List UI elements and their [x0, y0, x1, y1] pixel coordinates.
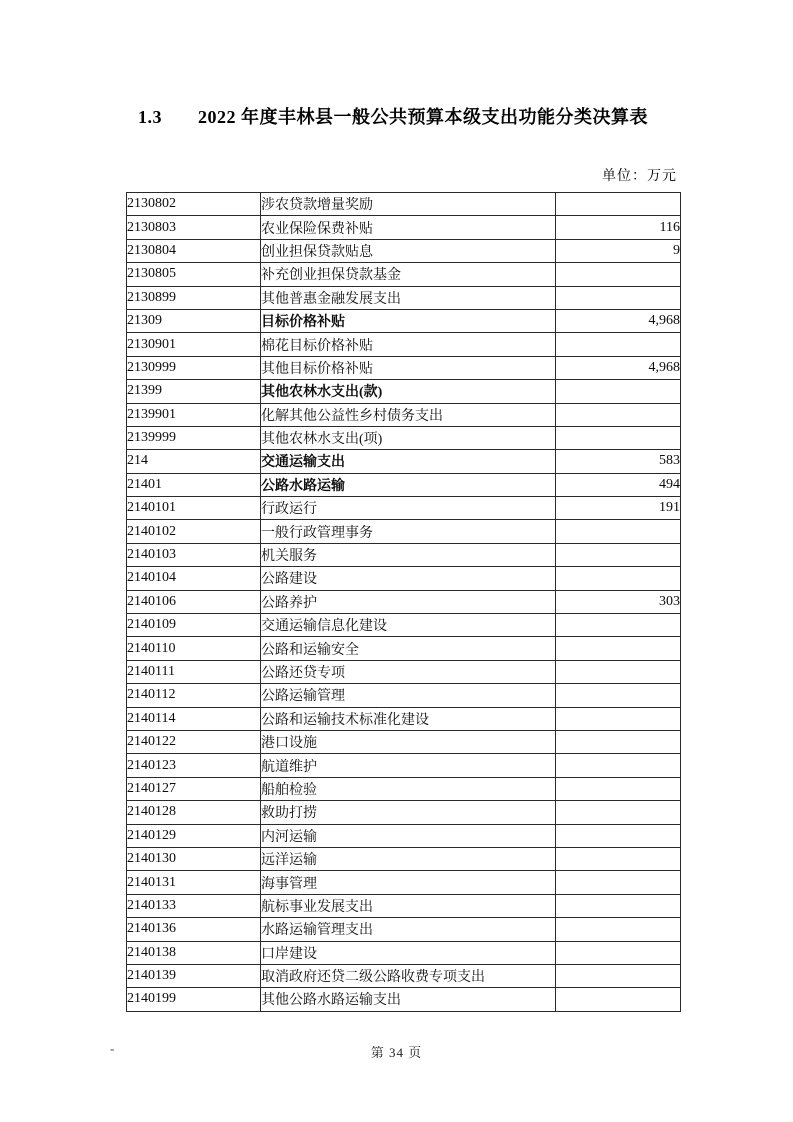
amount-cell [556, 707, 681, 730]
table-row: 2140104 公路建设 [127, 567, 681, 590]
amount-cell: 4,968 [556, 309, 681, 332]
function-name-cell: 创业担保贷款贴息 [261, 239, 556, 262]
function-code-cell: 2140131 [127, 871, 261, 894]
table-row: 2140139 取消政府还贷二级公路收费专项支出 [127, 964, 681, 987]
table-row: 214 交通运输支出 583 [127, 450, 681, 473]
function-name-cell: 航标事业发展支出 [261, 894, 556, 917]
table-row: 2130802 涉农贷款增量奖励 [127, 193, 681, 216]
title-text: 2022 年度丰林县一般公共预算本级支出功能分类决算表 [198, 107, 648, 127]
unit-label: 单位：万元 [602, 165, 677, 185]
function-code-cell: 2140139 [127, 964, 261, 987]
function-code-cell: 2140111 [127, 660, 261, 683]
table-row: 2140127 船舶检验 [127, 777, 681, 800]
table-row: 21399 其他农林水支出(款) [127, 380, 681, 403]
amount-cell [556, 730, 681, 753]
function-name-cell: 公路和运输安全 [261, 637, 556, 660]
amount-cell [556, 403, 681, 426]
amount-cell [556, 684, 681, 707]
function-code-cell: 2140138 [127, 941, 261, 964]
table-row: 2140122 港口设施 [127, 730, 681, 753]
amount-cell: 494 [556, 473, 681, 496]
table-row: 2140133 航标事业发展支出 [127, 894, 681, 917]
function-code-cell: 2130999 [127, 356, 261, 379]
amount-cell [556, 567, 681, 590]
amount-cell [556, 637, 681, 660]
function-code-cell: 2140136 [127, 918, 261, 941]
function-name-cell: 其他公路水路运输支出 [261, 988, 556, 1011]
table-row: 2140114 公路和运输技术标准化建设 [127, 707, 681, 730]
function-name-cell: 口岸建设 [261, 941, 556, 964]
amount-cell [556, 777, 681, 800]
function-code-cell: 2140104 [127, 567, 261, 590]
amount-cell [556, 193, 681, 216]
amount-cell: 583 [556, 450, 681, 473]
function-name-cell: 公路水路运输 [261, 473, 556, 496]
amount-cell [556, 894, 681, 917]
function-name-cell: 机关服务 [261, 543, 556, 566]
table-row: 2140130 远洋运输 [127, 847, 681, 870]
function-name-cell: 其他农林水支出(项) [261, 426, 556, 449]
function-name-cell: 水路运输管理支出 [261, 918, 556, 941]
function-name-cell: 公路建设 [261, 567, 556, 590]
table-row: 2130999 其他目标价格补贴 4,968 [127, 356, 681, 379]
function-name-cell: 取消政府还贷二级公路收费专项支出 [261, 964, 556, 987]
function-code-cell: 2140102 [127, 520, 261, 543]
function-name-cell: 救助打捞 [261, 801, 556, 824]
function-name-cell: 目标价格补贴 [261, 309, 556, 332]
function-name-cell: 其他农林水支出(款) [261, 380, 556, 403]
budget-table-body: 2130802 涉农贷款增量奖励 2130803 农业保险保费补贴 116 21… [127, 193, 681, 1012]
amount-cell: 4,968 [556, 356, 681, 379]
table-row: 2140136 水路运输管理支出 [127, 918, 681, 941]
page-title: 1.32022 年度丰林县一般公共预算本级支出功能分类决算表 [138, 103, 648, 129]
function-code-cell: 2130802 [127, 193, 261, 216]
function-name-cell: 港口设施 [261, 730, 556, 753]
table-row: 2130901 棉花目标价格补贴 [127, 333, 681, 356]
table-row: 2140138 口岸建设 [127, 941, 681, 964]
table-row: 2140111 公路还贷专项 [127, 660, 681, 683]
amount-cell [556, 964, 681, 987]
table-row: 2140103 机关服务 [127, 543, 681, 566]
table-row: 2140112 公路运输管理 [127, 684, 681, 707]
function-code-cell: 2140129 [127, 824, 261, 847]
function-name-cell: 内河运输 [261, 824, 556, 847]
function-code-cell: 2130805 [127, 263, 261, 286]
amount-cell: 9 [556, 239, 681, 262]
function-code-cell: 2140128 [127, 801, 261, 824]
amount-cell: 191 [556, 497, 681, 520]
function-code-cell: 2140133 [127, 894, 261, 917]
function-code-cell: 2130899 [127, 286, 261, 309]
function-code-cell: 21399 [127, 380, 261, 403]
function-name-cell: 涉农贷款增量奖励 [261, 193, 556, 216]
function-code-cell: 21309 [127, 309, 261, 332]
table-row: 2140102 一般行政管理事务 [127, 520, 681, 543]
table-row: 2140109 交通运输信息化建设 [127, 614, 681, 637]
table-row: 2130899 其他普惠金融发展支出 [127, 286, 681, 309]
amount-cell [556, 286, 681, 309]
amount-cell [556, 380, 681, 403]
table-row: 2140128 救助打捞 [127, 801, 681, 824]
amount-cell [556, 918, 681, 941]
amount-cell [556, 824, 681, 847]
amount-cell [556, 988, 681, 1011]
function-name-cell: 其他目标价格补贴 [261, 356, 556, 379]
function-name-cell: 其他普惠金融发展支出 [261, 286, 556, 309]
table-row: 2139901 化解其他公益性乡村债务支出 [127, 403, 681, 426]
table-row: 2140123 航道维护 [127, 754, 681, 777]
function-name-cell: 公路养护 [261, 590, 556, 613]
function-code-cell: 2140112 [127, 684, 261, 707]
table-row: 2140106 公路养护 303 [127, 590, 681, 613]
function-name-cell: 行政运行 [261, 497, 556, 520]
budget-table: 2130802 涉农贷款增量奖励 2130803 农业保险保费补贴 116 21… [126, 192, 681, 1012]
table-row: 2139999 其他农林水支出(项) [127, 426, 681, 449]
function-code-cell: 2140199 [127, 988, 261, 1011]
function-code-cell: 214 [127, 450, 261, 473]
amount-cell [556, 263, 681, 286]
table-row: 21309 目标价格补贴 4,968 [127, 309, 681, 332]
function-code-cell: 2140106 [127, 590, 261, 613]
amount-cell [556, 543, 681, 566]
table-row: 2130805 补充创业担保贷款基金 [127, 263, 681, 286]
amount-cell [556, 847, 681, 870]
function-code-cell: 2130804 [127, 239, 261, 262]
function-name-cell: 公路运输管理 [261, 684, 556, 707]
amount-cell: 303 [556, 590, 681, 613]
function-name-cell: 一般行政管理事务 [261, 520, 556, 543]
function-name-cell: 航道维护 [261, 754, 556, 777]
function-name-cell: 远洋运输 [261, 847, 556, 870]
table-row: 2130803 农业保险保费补贴 116 [127, 216, 681, 239]
table-row: 2140110 公路和运输安全 [127, 637, 681, 660]
function-name-cell: 交通运输支出 [261, 450, 556, 473]
function-code-cell: 2140110 [127, 637, 261, 660]
function-code-cell: 2140122 [127, 730, 261, 753]
amount-cell: 116 [556, 216, 681, 239]
function-name-cell: 棉花目标价格补贴 [261, 333, 556, 356]
amount-cell [556, 941, 681, 964]
function-code-cell: 2130901 [127, 333, 261, 356]
section-number: 1.3 [138, 107, 162, 128]
function-name-cell: 公路和运输技术标准化建设 [261, 707, 556, 730]
function-code-cell: 2140103 [127, 543, 261, 566]
amount-cell [556, 754, 681, 777]
function-code-cell: 2130803 [127, 216, 261, 239]
function-name-cell: 船舶检验 [261, 777, 556, 800]
table-row: 2140129 内河运输 [127, 824, 681, 847]
table-row: 2140199 其他公路水路运输支出 [127, 988, 681, 1011]
page-number: 第 34 页 [0, 1042, 793, 1061]
function-name-cell: 海事管理 [261, 871, 556, 894]
function-code-cell: 2140109 [127, 614, 261, 637]
function-code-cell: 2140127 [127, 777, 261, 800]
function-name-cell: 化解其他公益性乡村债务支出 [261, 403, 556, 426]
function-code-cell: 2140130 [127, 847, 261, 870]
function-code-cell: 21401 [127, 473, 261, 496]
function-code-cell: 2139999 [127, 426, 261, 449]
amount-cell [556, 801, 681, 824]
function-code-cell: 2140123 [127, 754, 261, 777]
function-code-cell: 2140114 [127, 707, 261, 730]
function-code-cell: 2140101 [127, 497, 261, 520]
amount-cell [556, 614, 681, 637]
amount-cell [556, 426, 681, 449]
function-name-cell: 补充创业担保贷款基金 [261, 263, 556, 286]
table-row: 21401 公路水路运输 494 [127, 473, 681, 496]
function-name-cell: 交通运输信息化建设 [261, 614, 556, 637]
table-row: 2140101 行政运行 191 [127, 497, 681, 520]
function-name-cell: 农业保险保费补贴 [261, 216, 556, 239]
function-name-cell: 公路还贷专项 [261, 660, 556, 683]
amount-cell [556, 660, 681, 683]
table-row: 2130804 创业担保贷款贴息 9 [127, 239, 681, 262]
amount-cell [556, 333, 681, 356]
function-code-cell: 2139901 [127, 403, 261, 426]
amount-cell [556, 871, 681, 894]
table-row: 2140131 海事管理 [127, 871, 681, 894]
amount-cell [556, 520, 681, 543]
